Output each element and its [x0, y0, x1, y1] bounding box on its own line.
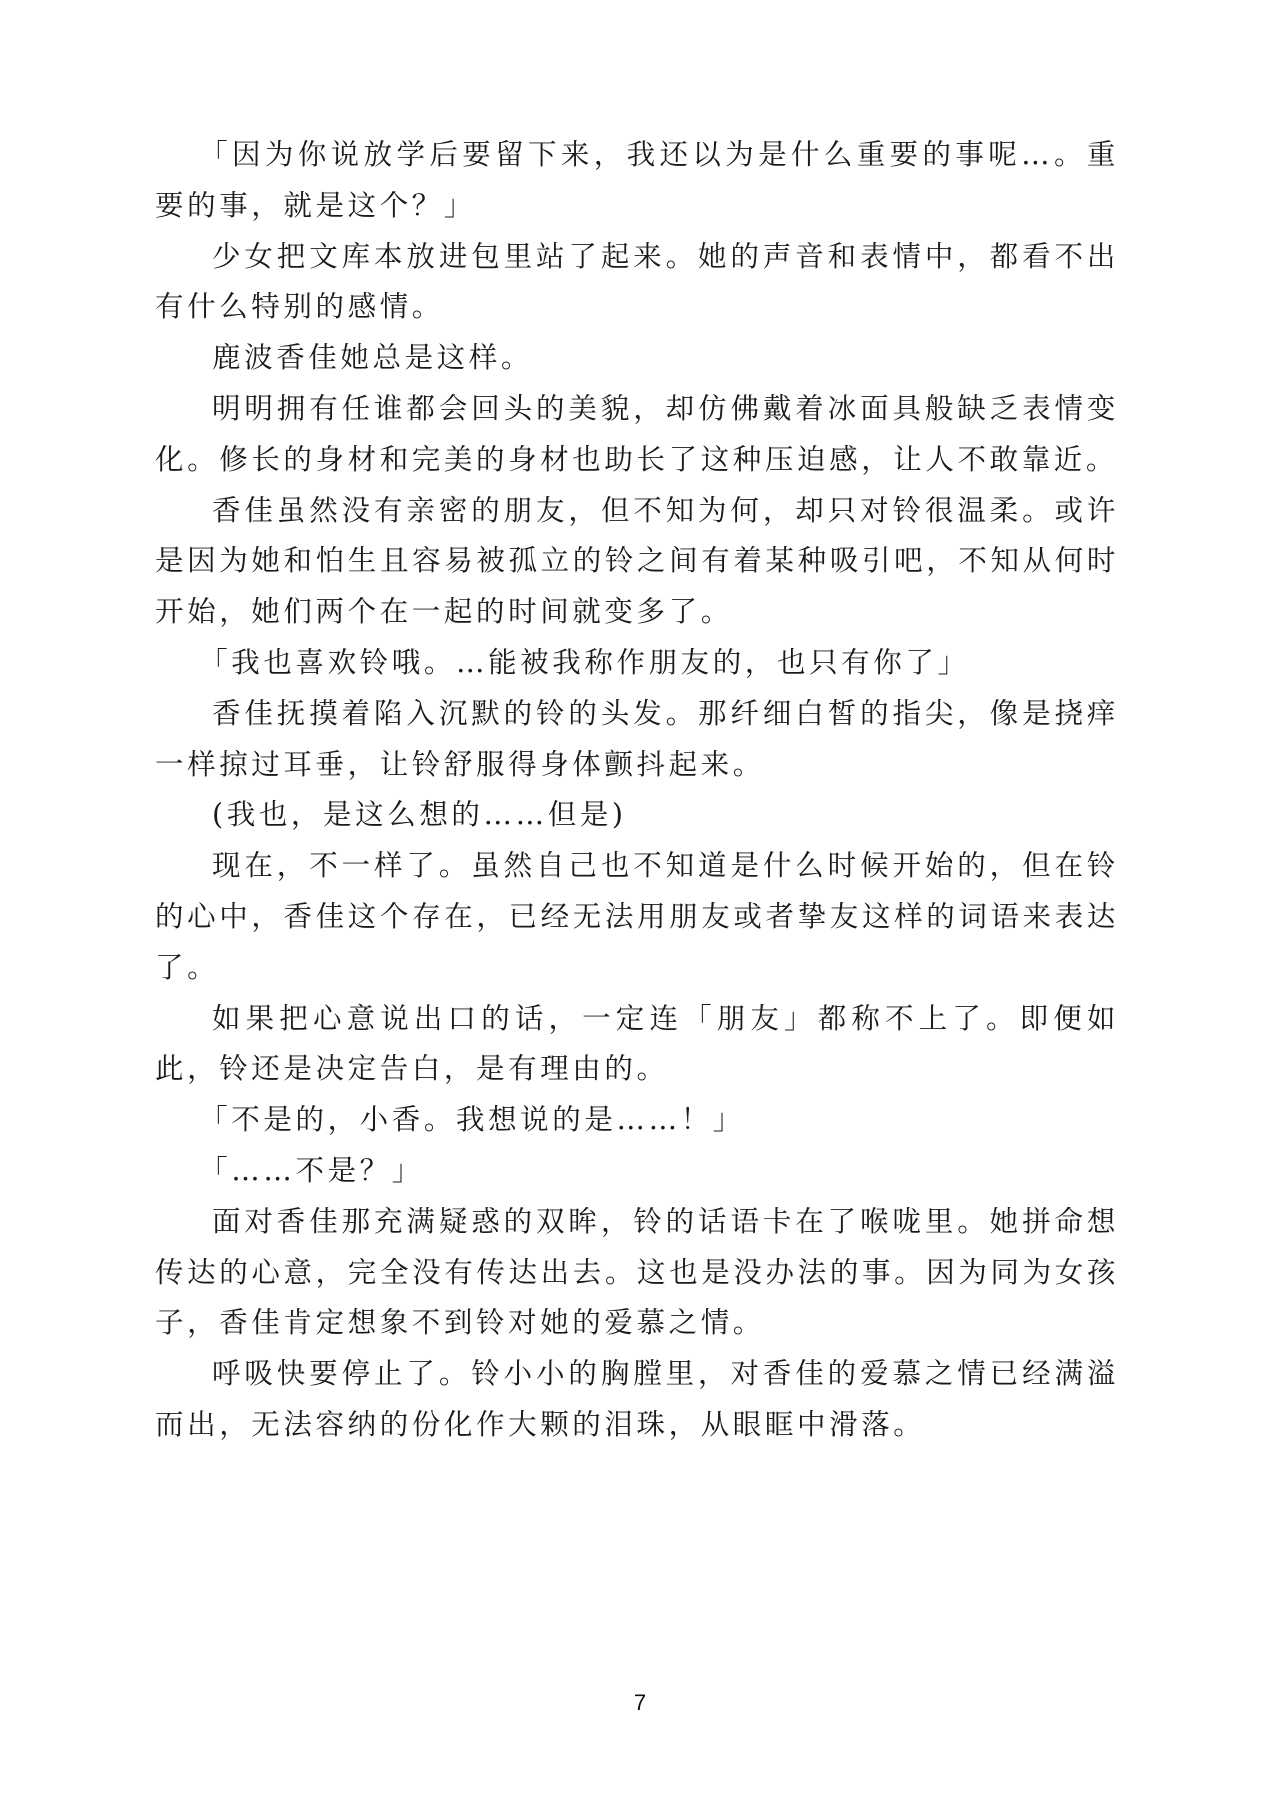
document-body: 「因为你说放学后要留下来，我还以为是什么重要的事呢…。重要的事，就是这个？」 少… [155, 130, 1119, 1451]
paragraph: 呼吸快要停止了。铃小小的胸膛里，对香佳的爱慕之情已经满溢而出，无法容纳的份化作大… [155, 1349, 1119, 1451]
paragraph: 少女把文库本放进包里站了起来。她的声音和表情中，都看不出有什么特别的感情。 [155, 232, 1119, 334]
paragraph: 如果把心意说出口的话，一定连「朋友」都称不上了。即便如此，铃还是决定告白，是有理… [155, 994, 1119, 1096]
paragraph: (我也，是这么想的……但是) [155, 790, 1119, 841]
paragraph: 面对香佳那充满疑惑的双眸，铃的话语卡在了喉咙里。她拼命想传达的心意，完全没有传达… [155, 1197, 1119, 1349]
paragraph: 现在，不一样了。虽然自己也不知道是什么时候开始的，但在铃的心中，香佳这个存在，已… [155, 841, 1119, 993]
paragraph: 香佳抚摸着陷入沉默的铃的头发。那纤细白皙的指尖，像是挠痒一样掠过耳垂，让铃舒服得… [155, 689, 1119, 791]
page-number: 7 [0, 1690, 1280, 1716]
paragraph-quote: 「……不是？」 [155, 1146, 1119, 1197]
paragraph-quote: 「因为你说放学后要留下来，我还以为是什么重要的事呢…。重要的事，就是这个？」 [155, 130, 1119, 232]
paragraph: 明明拥有任谁都会回头的美貌，却仿佛戴着冰面具般缺乏表情变化。修长的身材和完美的身… [155, 384, 1119, 486]
paragraph: 香佳虽然没有亲密的朋友，但不知为何，却只对铃很温柔。或许是因为她和怕生且容易被孤… [155, 486, 1119, 638]
paragraph-quote: 「我也喜欢铃哦。…能被我称作朋友的，也只有你了」 [155, 638, 1119, 689]
paragraph: 鹿波香佳她总是这样。 [155, 333, 1119, 384]
paragraph-quote: 「不是的，小香。我想说的是……！」 [155, 1095, 1119, 1146]
